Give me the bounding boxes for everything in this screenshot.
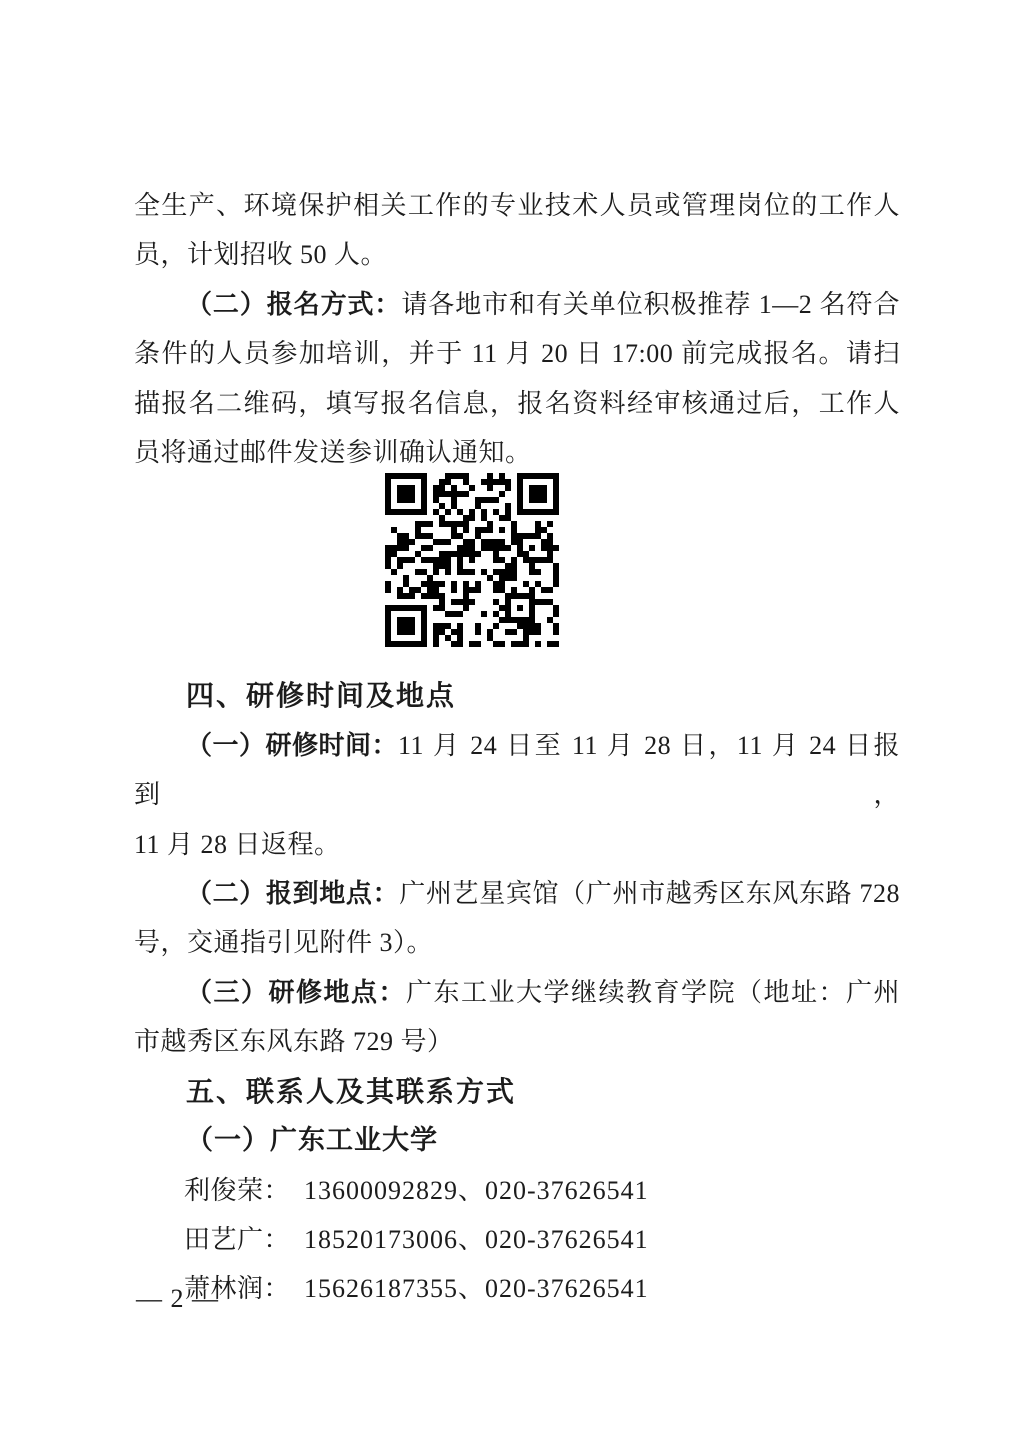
study-time-line-2: 11 月 28 日返程。: [134, 820, 900, 869]
study-location-label: （三）研修地点：: [186, 978, 406, 1007]
registration-qr-code: [385, 473, 559, 647]
registration-method-label: （二）报名方式：: [186, 290, 401, 319]
study-time-line-1: （一）研修时间：11 月 24 日至 11 月 28 日，11 月 24 日报到…: [134, 721, 900, 820]
paragraph-continuation-line-1: 全生产、环境保护相关工作的专业技术人员或管理岗位的工作人: [134, 181, 900, 230]
checkin-location-label: （二）报到地点：: [186, 879, 399, 908]
document-page: 全生产、环境保护相关工作的专业技术人员或管理岗位的工作人 员，计划招收 50 人…: [0, 0, 1024, 1448]
subsection-heading-university: （一）广东工业大学: [134, 1116, 900, 1165]
registration-method-line-2: 条件的人员参加培训，并于 11 月 20 日 17:00 前完成报名。请扫: [134, 329, 900, 378]
registration-method-line-4: 员将通过邮件发送参训确认通知。: [134, 428, 900, 477]
checkin-location-text-1: 广州艺星宾馆（广州市越秀区东风东路 728: [399, 879, 900, 908]
page-number: — 2 —: [136, 1284, 219, 1314]
contact-name: 利俊荣：: [184, 1176, 290, 1205]
contact-row: 利俊荣：13600092829、020-37626541: [134, 1166, 900, 1215]
section-heading-contacts: 五、联系人及其联系方式: [134, 1067, 900, 1116]
registration-method-line-3: 描报名二维码，填写报名信息，报名资料经审核通过后，工作人: [134, 379, 900, 428]
study-location-text-1: 广东工业大学继续教育学院（地址：广州: [406, 978, 900, 1007]
study-location-line-2: 市越秀区东风东路 729 号）: [134, 1017, 900, 1066]
contact-phones: 13600092829、020-37626541: [304, 1176, 649, 1205]
study-time-label: （一）研修时间：: [134, 721, 398, 770]
registration-method-text-1: 请各地市和有关单位积极推荐 1—2 名符合: [401, 290, 900, 319]
contact-phones: 18520173006、020-37626541: [304, 1225, 649, 1254]
document-body: 全生产、环境保护相关工作的专业技术人员或管理岗位的工作人 员，计划招收 50 人…: [134, 181, 900, 1314]
qr-code-image: [385, 473, 559, 647]
paragraph-continuation-line-2: 员，计划招收 50 人。: [134, 230, 900, 279]
contact-phones: 15626187355、020-37626541: [304, 1274, 649, 1303]
study-location-line-1: （三）研修地点：广东工业大学继续教育学院（地址：广州: [134, 968, 900, 1017]
registration-method-line-1: （二）报名方式：请各地市和有关单位积极推荐 1—2 名符合: [134, 280, 900, 329]
contact-row: 萧林润：15626187355、020-37626541: [134, 1264, 900, 1313]
section-heading-time-location: 四、研修时间及地点: [134, 671, 900, 720]
contact-row: 田艺广：18520173006、020-37626541: [134, 1215, 900, 1264]
checkin-location-line-1: （二）报到地点：广州艺星宾馆（广州市越秀区东风东路 728: [134, 869, 900, 918]
contact-name: 田艺广：: [184, 1225, 290, 1254]
checkin-location-line-2: 号，交通指引见附件 3）。: [134, 918, 900, 967]
